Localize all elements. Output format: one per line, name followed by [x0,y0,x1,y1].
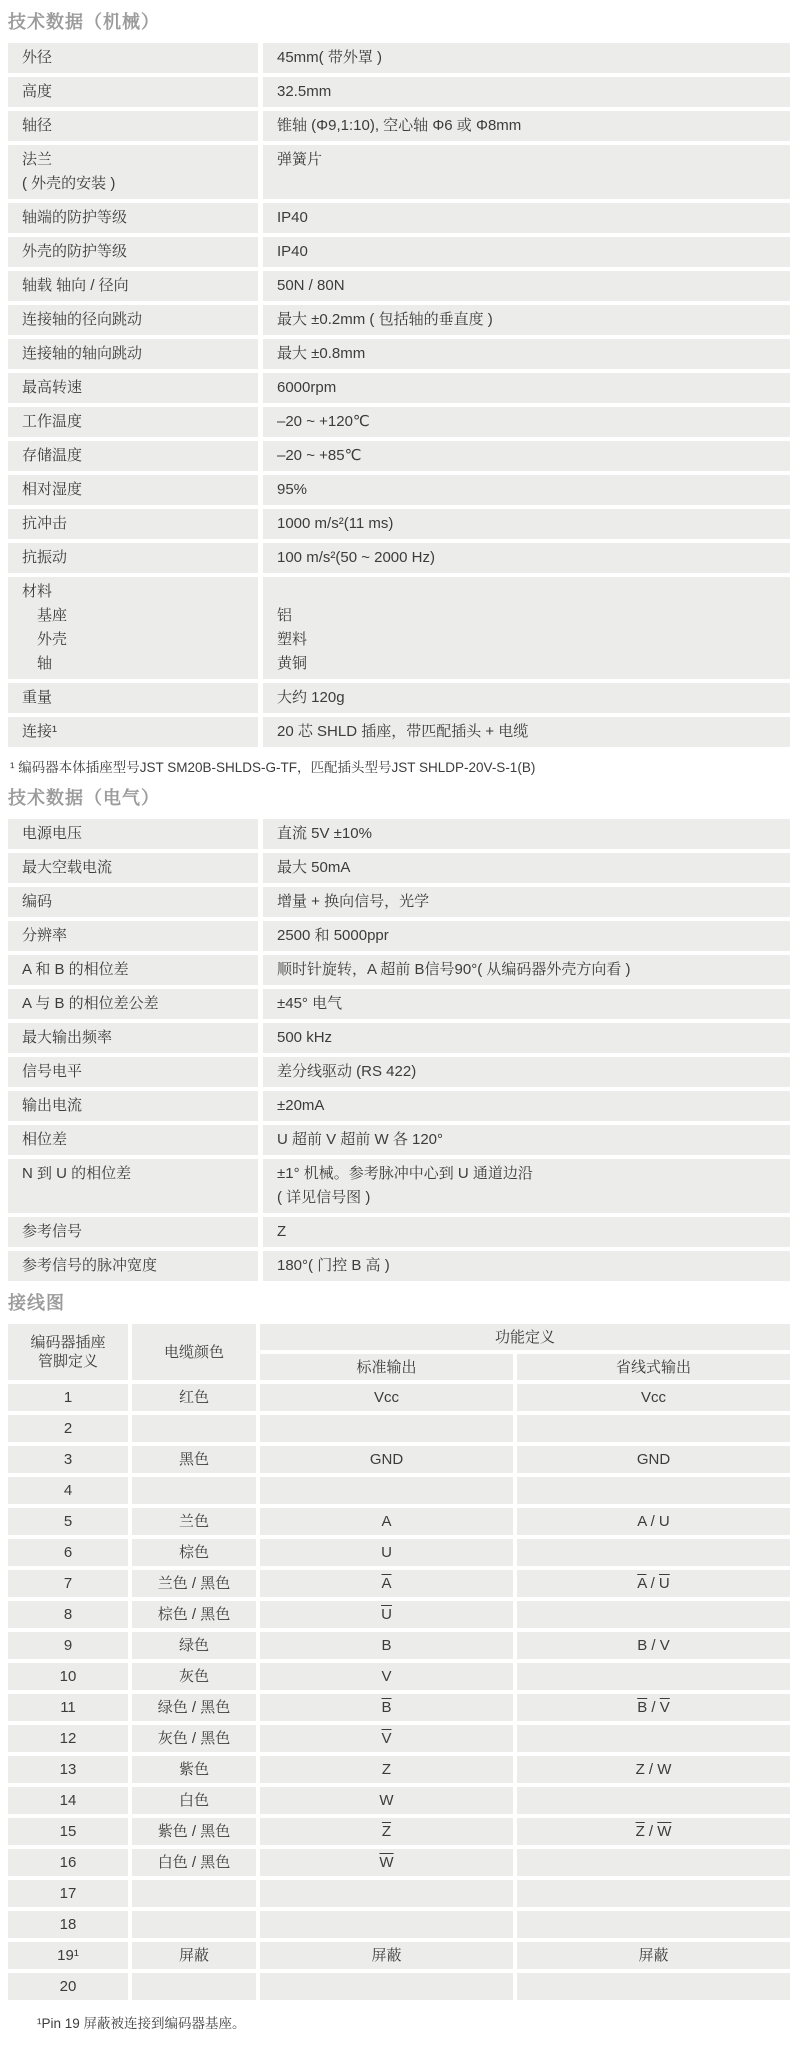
mechanical-spec-table: 外径45mm( 带外罩 )高度32.5mm轴径锥轴 (Φ9,1:10), 空心轴… [8,43,790,747]
wiring-section-title: 接线图 [8,1289,790,1315]
wire-saving-output-cell [517,1725,790,1752]
spec-label: 编码 [8,887,258,917]
cable-color-cell [132,1911,256,1938]
wire-saving-output-cell [517,1415,790,1442]
spec-label: 相对湿度 [8,475,258,505]
spec-label: 参考信号的脉冲宽度 [8,1251,258,1281]
wiring-row: 9绿色BB / V [8,1632,790,1659]
spec-value: 100 m/s²(50 ~ 2000 Hz) [263,543,790,573]
wiring-row: 8棕色 / 黑色U [8,1601,790,1628]
pin-number-cell: 20 [8,1973,128,2000]
spec-label: 连接轴的轴向跳动 [8,339,258,369]
cable-color-cell: 红色 [132,1384,256,1411]
spec-value: 增量 + 换向信号，光学 [263,887,790,917]
spec-label: 相位差 [8,1125,258,1155]
spec-row: 连接轴的轴向跳动最大 ±0.8mm [8,339,790,369]
spec-value: –20 ~ +85℃ [263,441,790,471]
pin-number-cell: 1 [8,1384,128,1411]
standard-output-cell: U [260,1539,513,1566]
pin-number-cell: 11 [8,1694,128,1721]
pin-number-cell: 18 [8,1911,128,1938]
standard-output-cell [260,1880,513,1907]
wiring-row: 10灰色V [8,1663,790,1690]
spec-label: 最大输出频率 [8,1023,258,1053]
spec-label: 材料 基座 外壳 轴 [8,577,258,679]
pin-number-cell: 15 [8,1818,128,1845]
wire-saving-output-cell: Z / W [517,1756,790,1783]
spec-label: 参考信号 [8,1217,258,1247]
header-pin-definition: 编码器插座 管脚定义 [8,1324,128,1380]
spec-value: 差分线驱动 (RS 422) [263,1057,790,1087]
spec-value: IP40 [263,237,790,267]
wiring-row: 12灰色 / 黑色V [8,1725,790,1752]
spec-label: 连接¹ [8,717,258,747]
spec-value: 2500 和 5000ppr [263,921,790,951]
spec-label: A 与 B 的相位差公差 [8,989,258,1019]
spec-row: 相位差U 超前 V 超前 W 各 120° [8,1125,790,1155]
spec-label: 外径 [8,43,258,73]
wire-saving-output-cell: A / U [517,1508,790,1535]
pin-number-cell: 7 [8,1570,128,1597]
spec-value: 50N / 80N [263,271,790,301]
spec-row: A 与 B 的相位差公差±45° 电气 [8,989,790,1019]
standard-output-cell: W [260,1787,513,1814]
spec-label: 抗振动 [8,543,258,573]
spec-row: 输出电流±20mA [8,1091,790,1121]
standard-output-cell: V [260,1725,513,1752]
spec-value: 顺时针旋转，A 超前 B信号90°( 从编码器外壳方向看 ) [263,955,790,985]
standard-output-cell [260,1911,513,1938]
spec-value: 弹簧片 [263,145,790,199]
wiring-row: 20 [8,1973,790,2000]
spec-row: A 和 B 的相位差顺时针旋转，A 超前 B信号90°( 从编码器外壳方向看 ) [8,955,790,985]
wiring-row: 16白色 / 黑色W [8,1849,790,1876]
pin-number-cell: 8 [8,1601,128,1628]
cable-color-cell [132,1880,256,1907]
spec-row: 参考信号Z [8,1217,790,1247]
wiring-row: 18 [8,1911,790,1938]
cable-color-cell: 灰色 [132,1663,256,1690]
spec-label: 法兰 ( 外壳的安装 ) [8,145,258,199]
spec-value: ±20mA [263,1091,790,1121]
spec-row: 编码增量 + 换向信号，光学 [8,887,790,917]
cable-color-cell: 白色 [132,1787,256,1814]
wire-saving-output-cell: 屏蔽 [517,1942,790,1969]
standard-output-cell: V [260,1663,513,1690]
spec-label: 抗冲击 [8,509,258,539]
spec-value: 铝 塑料 黄铜 [263,577,790,679]
spec-value: 32.5mm [263,77,790,107]
spec-label: 高度 [8,77,258,107]
electrical-section-title: 技术数据（电气） [8,784,790,810]
standard-output-cell: U [260,1601,513,1628]
pin-number-cell: 14 [8,1787,128,1814]
spec-row: 最大输出频率500 kHz [8,1023,790,1053]
wire-saving-output-cell: B / V [517,1632,790,1659]
standard-output-cell: Vcc [260,1384,513,1411]
spec-row: 相对湿度95% [8,475,790,505]
spec-label: N 到 U 的相位差 [8,1159,258,1213]
spec-value: 95% [263,475,790,505]
cable-color-cell: 紫色 / 黑色 [132,1818,256,1845]
header-standard-output: 标准输出 [260,1354,513,1380]
spec-value: 1000 m/s²(11 ms) [263,509,790,539]
spec-row: 连接轴的径向跳动最大 ±0.2mm ( 包括轴的垂直度 ) [8,305,790,335]
wire-saving-output-cell [517,1477,790,1504]
standard-output-cell: B [260,1632,513,1659]
wire-saving-output-cell [517,1973,790,2000]
spec-row: 外壳的防护等级IP40 [8,237,790,267]
cable-color-cell: 白色 / 黑色 [132,1849,256,1876]
wire-saving-output-cell: B / V [517,1694,790,1721]
spec-label: 外壳的防护等级 [8,237,258,267]
spec-label: 重量 [8,683,258,713]
pin-number-cell: 9 [8,1632,128,1659]
spec-value: U 超前 V 超前 W 各 120° [263,1125,790,1155]
spec-row: 抗振动100 m/s²(50 ~ 2000 Hz) [8,543,790,573]
wiring-row: 11绿色 / 黑色BB / V [8,1694,790,1721]
spec-value: 大约 120g [263,683,790,713]
standard-output-cell: 屏蔽 [260,1942,513,1969]
wire-saving-output-cell [517,1787,790,1814]
spec-row: 连接¹20 芯 SHLD 插座，带匹配插头 + 电缆 [8,717,790,747]
spec-label: 工作温度 [8,407,258,437]
standard-output-cell: GND [260,1446,513,1473]
spec-value: ±1° 机械。参考脉冲中心到 U 通道边沿 ( 详见信号图 ) [263,1159,790,1213]
standard-output-cell: Z [260,1756,513,1783]
pin-number-cell: 5 [8,1508,128,1535]
spec-row: 电源电压直流 5V ±10% [8,819,790,849]
pin-number-cell: 3 [8,1446,128,1473]
spec-value: 直流 5V ±10% [263,819,790,849]
wiring-table-body: 1红色VccVcc23黑色GNDGND45兰色AA / U6棕色U7兰色 / 黑… [8,1384,790,2000]
pin-number-cell: 6 [8,1539,128,1566]
spec-value: 180°( 门控 B 高 ) [263,1251,790,1281]
spec-value: 最大 50mA [263,853,790,883]
wiring-footnote: ¹Pin 19 屏蔽被连接到编码器基座。 [37,2012,790,2032]
wiring-row: 14白色W [8,1787,790,1814]
wire-saving-output-cell: A / U [517,1570,790,1597]
spec-label: 存储温度 [8,441,258,471]
spec-value: 最大 ±0.2mm ( 包括轴的垂直度 ) [263,305,790,335]
wiring-row: 5兰色AA / U [8,1508,790,1535]
spec-label: 最大空载电流 [8,853,258,883]
cable-color-cell [132,1477,256,1504]
wiring-row: 2 [8,1415,790,1442]
wire-saving-output-cell: Z / W [517,1818,790,1845]
spec-value: 最大 ±0.8mm [263,339,790,369]
mechanical-footnote: ¹ 编码器本体插座型号JST SM20B-SHLDS-G-TF，匹配插头型号JS… [10,756,790,776]
wiring-table: 编码器插座 管脚定义 电缆颜色 功能定义 标准输出 省线式输出 1红色VccVc… [8,1324,790,2000]
header-wire-saving-output: 省线式输出 [517,1354,790,1380]
spec-label: A 和 B 的相位差 [8,955,258,985]
wiring-row: 17 [8,1880,790,1907]
spec-label: 电源电压 [8,819,258,849]
wire-saving-output-cell: Vcc [517,1384,790,1411]
wire-saving-output-cell [517,1880,790,1907]
cable-color-cell: 紫色 [132,1756,256,1783]
wiring-row: 19¹屏蔽屏蔽屏蔽 [8,1942,790,1969]
cable-color-cell: 屏蔽 [132,1942,256,1969]
spec-row: 材料 基座 外壳 轴 铝 塑料 黄铜 [8,577,790,679]
wiring-row: 3黑色GNDGND [8,1446,790,1473]
cable-color-cell: 棕色 [132,1539,256,1566]
wiring-row: 6棕色U [8,1539,790,1566]
spec-row: 最高转速6000rpm [8,373,790,403]
spec-row: 工作温度–20 ~ +120℃ [8,407,790,437]
spec-row: 重量大约 120g [8,683,790,713]
spec-value: Z [263,1217,790,1247]
wiring-row: 4 [8,1477,790,1504]
pin-number-cell: 17 [8,1880,128,1907]
spec-row: 法兰 ( 外壳的安装 )弹簧片 [8,145,790,199]
header-function: 功能定义 [260,1324,790,1350]
spec-row: 最大空载电流最大 50mA [8,853,790,883]
spec-value: 500 kHz [263,1023,790,1053]
standard-output-cell: Z [260,1818,513,1845]
standard-output-cell [260,1477,513,1504]
pin-number-cell: 13 [8,1756,128,1783]
spec-row: 抗冲击1000 m/s²(11 ms) [8,509,790,539]
cable-color-cell: 棕色 / 黑色 [132,1601,256,1628]
spec-value: ±45° 电气 [263,989,790,1019]
spec-row: 参考信号的脉冲宽度180°( 门控 B 高 ) [8,1251,790,1281]
electrical-spec-table: 电源电压直流 5V ±10%最大空载电流最大 50mA编码增量 + 换向信号，光… [8,819,790,1281]
spec-row: 轴径锥轴 (Φ9,1:10), 空心轴 Φ6 或 Φ8mm [8,111,790,141]
spec-value: 锥轴 (Φ9,1:10), 空心轴 Φ6 或 Φ8mm [263,111,790,141]
wiring-row: 13紫色ZZ / W [8,1756,790,1783]
pin-number-cell: 12 [8,1725,128,1752]
wire-saving-output-cell [517,1663,790,1690]
wiring-row: 7兰色 / 黑色AA / U [8,1570,790,1597]
cable-color-cell: 绿色 / 黑色 [132,1694,256,1721]
cable-color-cell: 兰色 [132,1508,256,1535]
spec-label: 连接轴的径向跳动 [8,305,258,335]
spec-label: 输出电流 [8,1091,258,1121]
spec-value: –20 ~ +120℃ [263,407,790,437]
wire-saving-output-cell [517,1911,790,1938]
spec-row: 分辨率2500 和 5000ppr [8,921,790,951]
pin-number-cell: 2 [8,1415,128,1442]
pin-number-cell: 16 [8,1849,128,1876]
wire-saving-output-cell [517,1601,790,1628]
pin-number-cell: 19¹ [8,1942,128,1969]
spec-value: IP40 [263,203,790,233]
spec-row: 外径45mm( 带外罩 ) [8,43,790,73]
spec-value: 20 芯 SHLD 插座，带匹配插头 + 电缆 [263,717,790,747]
wiring-row: 15紫色 / 黑色ZZ / W [8,1818,790,1845]
spec-row: 存储温度–20 ~ +85℃ [8,441,790,471]
spec-label: 分辨率 [8,921,258,951]
cable-color-cell: 黑色 [132,1446,256,1473]
wire-saving-output-cell [517,1539,790,1566]
wire-saving-output-cell: GND [517,1446,790,1473]
pin-number-cell: 10 [8,1663,128,1690]
spec-label: 信号电平 [8,1057,258,1087]
spec-value: 45mm( 带外罩 ) [263,43,790,73]
spec-label: 轴载 轴向 / 径向 [8,271,258,301]
standard-output-cell: B [260,1694,513,1721]
spec-row: N 到 U 的相位差±1° 机械。参考脉冲中心到 U 通道边沿 ( 详见信号图 … [8,1159,790,1213]
spec-label: 轴径 [8,111,258,141]
standard-output-cell: A [260,1570,513,1597]
spec-value: 6000rpm [263,373,790,403]
wire-saving-output-cell [517,1849,790,1876]
cable-color-cell: 兰色 / 黑色 [132,1570,256,1597]
wiring-row: 1红色VccVcc [8,1384,790,1411]
standard-output-cell: W [260,1849,513,1876]
spec-row: 高度32.5mm [8,77,790,107]
cable-color-cell [132,1973,256,2000]
header-cable-color: 电缆颜色 [132,1324,256,1380]
spec-row: 轴端的防护等级IP40 [8,203,790,233]
mechanical-section-title: 技术数据（机械） [8,8,790,34]
cable-color-cell [132,1415,256,1442]
pin-number-cell: 4 [8,1477,128,1504]
standard-output-cell: A [260,1508,513,1535]
spec-row: 信号电平差分线驱动 (RS 422) [8,1057,790,1087]
cable-color-cell: 灰色 / 黑色 [132,1725,256,1752]
spec-label: 最高转速 [8,373,258,403]
standard-output-cell [260,1415,513,1442]
wiring-table-header: 编码器插座 管脚定义 电缆颜色 功能定义 标准输出 省线式输出 [8,1324,790,1380]
spec-row: 轴载 轴向 / 径向50N / 80N [8,271,790,301]
cable-color-cell: 绿色 [132,1632,256,1659]
standard-output-cell [260,1973,513,2000]
spec-label: 轴端的防护等级 [8,203,258,233]
